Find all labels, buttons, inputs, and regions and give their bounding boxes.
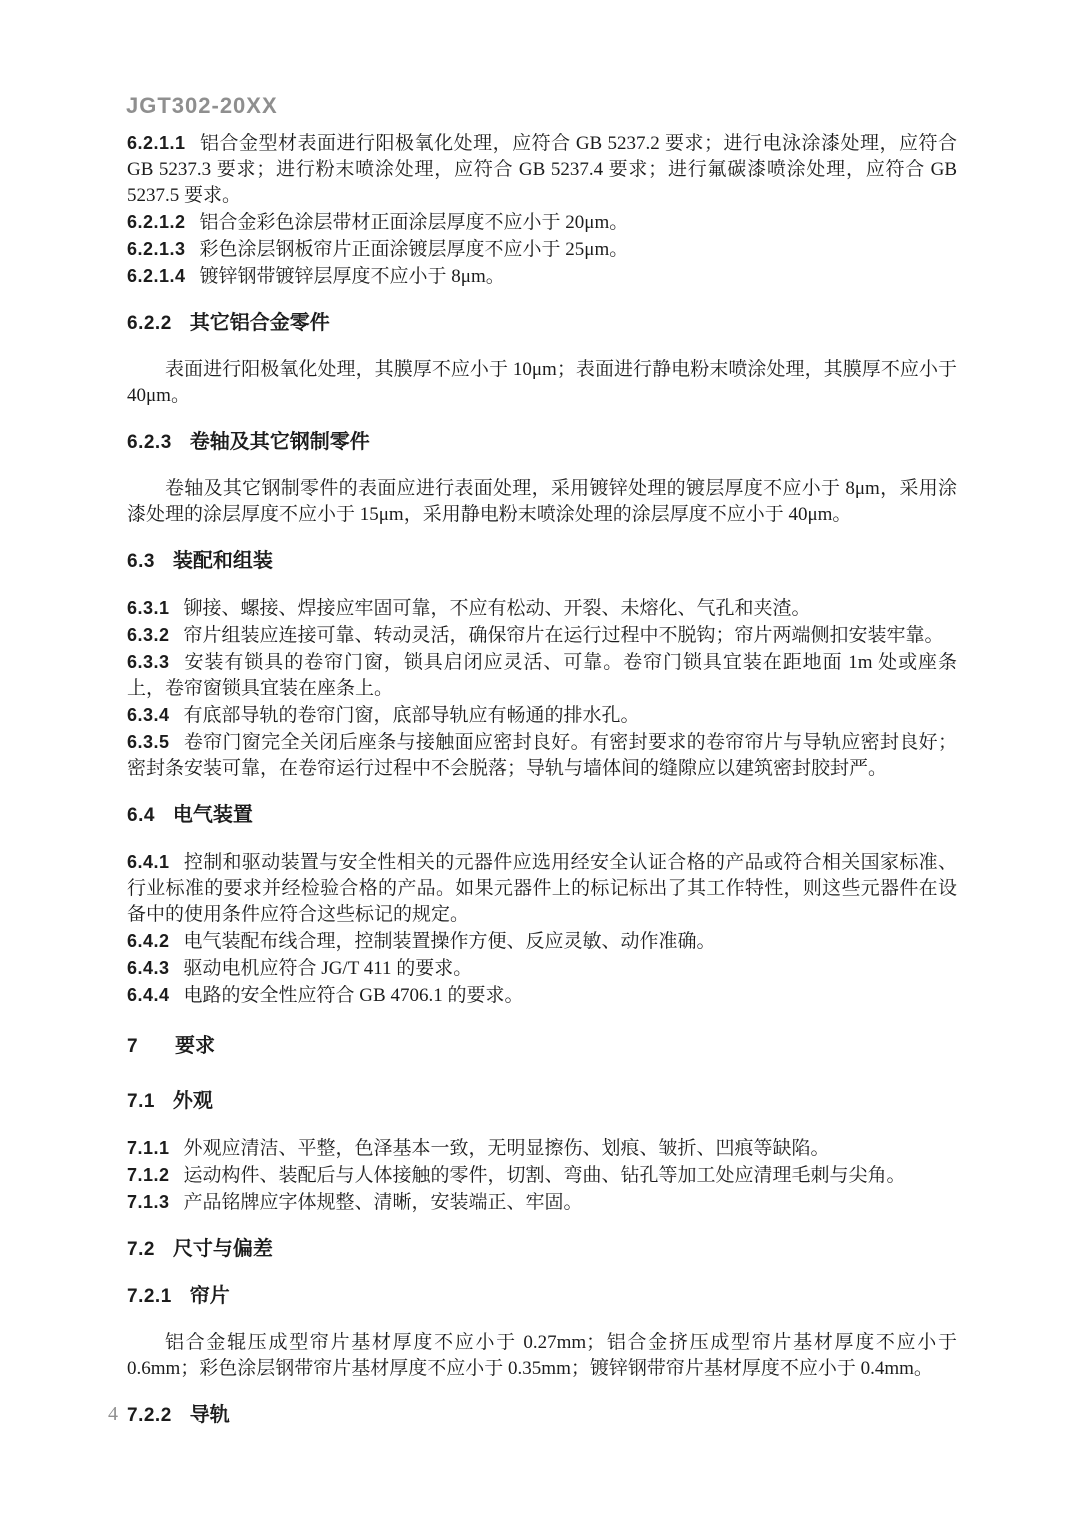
section-number: 6.2.3 bbox=[127, 432, 172, 453]
paragraph-text: 表面进行阳极氧化处理，其膜厚不应小于 10μm；表面进行静电粉末喷涂处理，其膜厚… bbox=[127, 359, 957, 406]
document-code-header: JGT302-20XX bbox=[126, 93, 278, 119]
paragraph-5: 表面进行阳极氧化处理，其膜厚不应小于 10μm；表面进行静电粉末喷涂处理，其膜厚… bbox=[127, 357, 957, 409]
clause-number: 6.4.1 bbox=[127, 852, 170, 872]
clause-number: 6.2.1.3 bbox=[127, 239, 186, 259]
clause-7.1.1: 7.1.1外观应清洁、平整，色泽基本一致，无明显擦伤、划痕、皱折、凹痕等缺陷。 bbox=[127, 1135, 957, 1162]
paragraph-text: 铝合金彩色涂层带材正面涂层厚度不应小于 20μm。 bbox=[200, 212, 629, 233]
clause-number: 7.1.1 bbox=[127, 1138, 170, 1158]
section-title: 装配和组装 bbox=[173, 550, 273, 572]
heading-7.2: 7.2尺寸与偏差 bbox=[127, 1236, 957, 1263]
paragraph-7: 卷轴及其它钢制零件的表面应进行表面处理，采用镀锌处理的镀层厚度不应小于 8μm，… bbox=[127, 476, 957, 528]
clause-6.3.1: 6.3.1铆接、螺接、焊接应牢固可靠，不应有松动、开裂、未熔化、气孔和夹渣。 bbox=[127, 595, 957, 622]
clause-number: 6.4.4 bbox=[127, 985, 170, 1005]
heading-7.2.1: 7.2.1帘片 bbox=[127, 1283, 957, 1310]
paragraph-text: 彩色涂层钢板帘片正面涂镀层厚度不应小于 25μm。 bbox=[200, 239, 629, 260]
clause-number: 6.3.3 bbox=[127, 652, 170, 672]
clause-number: 6.4.2 bbox=[127, 931, 170, 951]
paragraph-text: 铝合金型材表面进行阳极氧化处理，应符合 GB 5237.2 要求；进行电泳涂漆处… bbox=[127, 133, 957, 206]
clause-6.4.1: 6.4.1控制和驱动装置与安全性相关的元器件应选用经安全认证合格的产品或符合相关… bbox=[127, 849, 957, 928]
clause-number: 6.3.1 bbox=[127, 598, 170, 618]
heading-6.3: 6.3装配和组装 bbox=[127, 548, 957, 575]
clause-number: 6.2.1.1 bbox=[127, 133, 186, 153]
clause-number: 6.4.3 bbox=[127, 958, 170, 978]
heading-7.2.2: 7.2.2导轨 bbox=[127, 1402, 957, 1429]
paragraph-text: 安装有锁具的卷帘门窗，锁具启闭应灵活、可靠。卷帘门锁具宜装在距地面 1m 处或座… bbox=[127, 652, 957, 699]
clause-7.1.3: 7.1.3产品铭牌应字体规整、清晰，安装端正、牢固。 bbox=[127, 1189, 957, 1216]
clause-number: 6.3.5 bbox=[127, 732, 170, 752]
section-title: 卷轴及其它钢制零件 bbox=[190, 431, 370, 453]
section-number: 6.4 bbox=[127, 805, 155, 826]
heading-7.1: 7.1外观 bbox=[127, 1088, 957, 1115]
section-number: 7.1 bbox=[127, 1091, 155, 1112]
section-number: 7 bbox=[127, 1034, 161, 1060]
clause-6.3.4: 6.3.4有底部导轨的卷帘门窗，底部导轨应有畅通的排水孔。 bbox=[127, 702, 957, 729]
clause-number: 6.2.1.4 bbox=[127, 266, 186, 286]
paragraph-text: 卷轴及其它钢制零件的表面应进行表面处理，采用镀锌处理的镀层厚度不应小于 8μm，… bbox=[127, 478, 957, 525]
clause-6.2.1.4: 6.2.1.4镀锌钢带镀锌层厚度不应小于 8μm。 bbox=[127, 263, 957, 290]
clause-7.1.2: 7.1.2运动构件、装配后与人体接触的零件，切割、弯曲、钻孔等加工处应清理毛刺与… bbox=[127, 1162, 957, 1189]
section-title: 其它铝合金零件 bbox=[190, 312, 330, 334]
paragraph-text: 控制和驱动装置与安全性相关的元器件应选用经安全认证合格的产品或符合相关国家标准、… bbox=[127, 852, 957, 925]
section-number: 7.2.2 bbox=[127, 1405, 172, 1426]
paragraph-text: 运动构件、装配后与人体接触的零件，切割、弯曲、钻孔等加工处应清理毛刺与尖角。 bbox=[184, 1165, 906, 1186]
paragraph-text: 卷帘门窗完全关闭后座条与接触面应密封良好。有密封要求的卷帘帘片与导轨应密封良好；… bbox=[127, 732, 957, 779]
paragraph-text: 铆接、螺接、焊接应牢固可靠，不应有松动、开裂、未熔化、气孔和夹渣。 bbox=[184, 598, 811, 619]
section-title: 帘片 bbox=[190, 1285, 230, 1307]
clause-number: 7.1.2 bbox=[127, 1165, 170, 1185]
document-page: JGT302-20XX 6.2.1.1铝合金型材表面进行阳极氧化处理，应符合 G… bbox=[0, 0, 1080, 1522]
section-title: 要求 bbox=[175, 1035, 215, 1057]
clause-6.3.5: 6.3.5卷帘门窗完全关闭后座条与接触面应密封良好。有密封要求的卷帘帘片与导轨应… bbox=[127, 729, 957, 782]
heading-6.2.2: 6.2.2其它铝合金零件 bbox=[127, 310, 957, 337]
paragraph-text: 镀锌钢带镀锌层厚度不应小于 8μm。 bbox=[200, 266, 505, 287]
clause-6.4.3: 6.4.3驱动电机应符合 JG/T 411 的要求。 bbox=[127, 955, 957, 982]
clause-number: 7.1.3 bbox=[127, 1192, 170, 1212]
paragraph-text: 产品铭牌应字体规整、清晰，安装端正、牢固。 bbox=[184, 1192, 583, 1213]
heading-6.2.3: 6.2.3卷轴及其它钢制零件 bbox=[127, 429, 957, 456]
paragraph-text: 电路的安全性应符合 GB 4706.1 的要求。 bbox=[184, 985, 524, 1006]
clause-number: 6.3.4 bbox=[127, 705, 170, 725]
section-number: 6.3 bbox=[127, 551, 155, 572]
clause-6.4.2: 6.4.2电气装配布线合理，控制装置操作方便、反应灵敏、动作准确。 bbox=[127, 928, 957, 955]
clause-number: 6.2.1.2 bbox=[127, 212, 186, 232]
paragraph-26: 铝合金辊压成型帘片基材厚度不应小于 0.27mm；铝合金挤压成型帘片基材厚度不应… bbox=[127, 1330, 957, 1382]
clause-6.3.3: 6.3.3安装有锁具的卷帘门窗，锁具启闭应灵活、可靠。卷帘门锁具宜装在距地面 1… bbox=[127, 649, 957, 702]
section-number: 7.2 bbox=[127, 1239, 155, 1260]
paragraph-text: 电气装配布线合理，控制装置操作方便、反应灵敏、动作准确。 bbox=[184, 931, 716, 952]
section-title: 外观 bbox=[173, 1090, 213, 1112]
paragraph-text: 外观应清洁、平整，色泽基本一致，无明显擦伤、划痕、皱折、凹痕等缺陷。 bbox=[184, 1138, 830, 1159]
paragraph-text: 帘片组装应连接可靠、转动灵活，确保帘片在运行过程中不脱钩；帘片两端侧扣安装牢靠。 bbox=[184, 625, 944, 646]
clause-number: 6.3.2 bbox=[127, 625, 170, 645]
paragraph-text: 驱动电机应符合 JG/T 411 的要求。 bbox=[184, 958, 473, 979]
chapter-7: 7要求 bbox=[127, 1033, 957, 1060]
clause-6.4.4: 6.4.4电路的安全性应符合 GB 4706.1 的要求。 bbox=[127, 982, 957, 1009]
clause-6.2.1.1: 6.2.1.1铝合金型材表面进行阳极氧化处理，应符合 GB 5237.2 要求；… bbox=[127, 130, 957, 209]
section-title: 尺寸与偏差 bbox=[173, 1238, 273, 1260]
clause-6.2.1.3: 6.2.1.3彩色涂层钢板帘片正面涂镀层厚度不应小于 25μm。 bbox=[127, 236, 957, 263]
clause-6.2.1.2: 6.2.1.2铝合金彩色涂层带材正面涂层厚度不应小于 20μm。 bbox=[127, 209, 957, 236]
section-number: 7.2.1 bbox=[127, 1286, 172, 1307]
clause-6.3.2: 6.3.2帘片组装应连接可靠、转动灵活，确保帘片在运行过程中不脱钩；帘片两端侧扣… bbox=[127, 622, 957, 649]
document-body: 6.2.1.1铝合金型材表面进行阳极氧化处理，应符合 GB 5237.2 要求；… bbox=[127, 130, 957, 1449]
heading-6.4: 6.4电气装置 bbox=[127, 802, 957, 829]
section-number: 6.2.2 bbox=[127, 313, 172, 334]
paragraph-text: 铝合金辊压成型帘片基材厚度不应小于 0.27mm；铝合金挤压成型帘片基材厚度不应… bbox=[127, 1332, 957, 1379]
section-title: 导轨 bbox=[190, 1404, 230, 1426]
section-title: 电气装置 bbox=[173, 804, 253, 826]
paragraph-text: 有底部导轨的卷帘门窗，底部导轨应有畅通的排水孔。 bbox=[184, 705, 640, 726]
page-number: 4 bbox=[108, 1403, 118, 1426]
